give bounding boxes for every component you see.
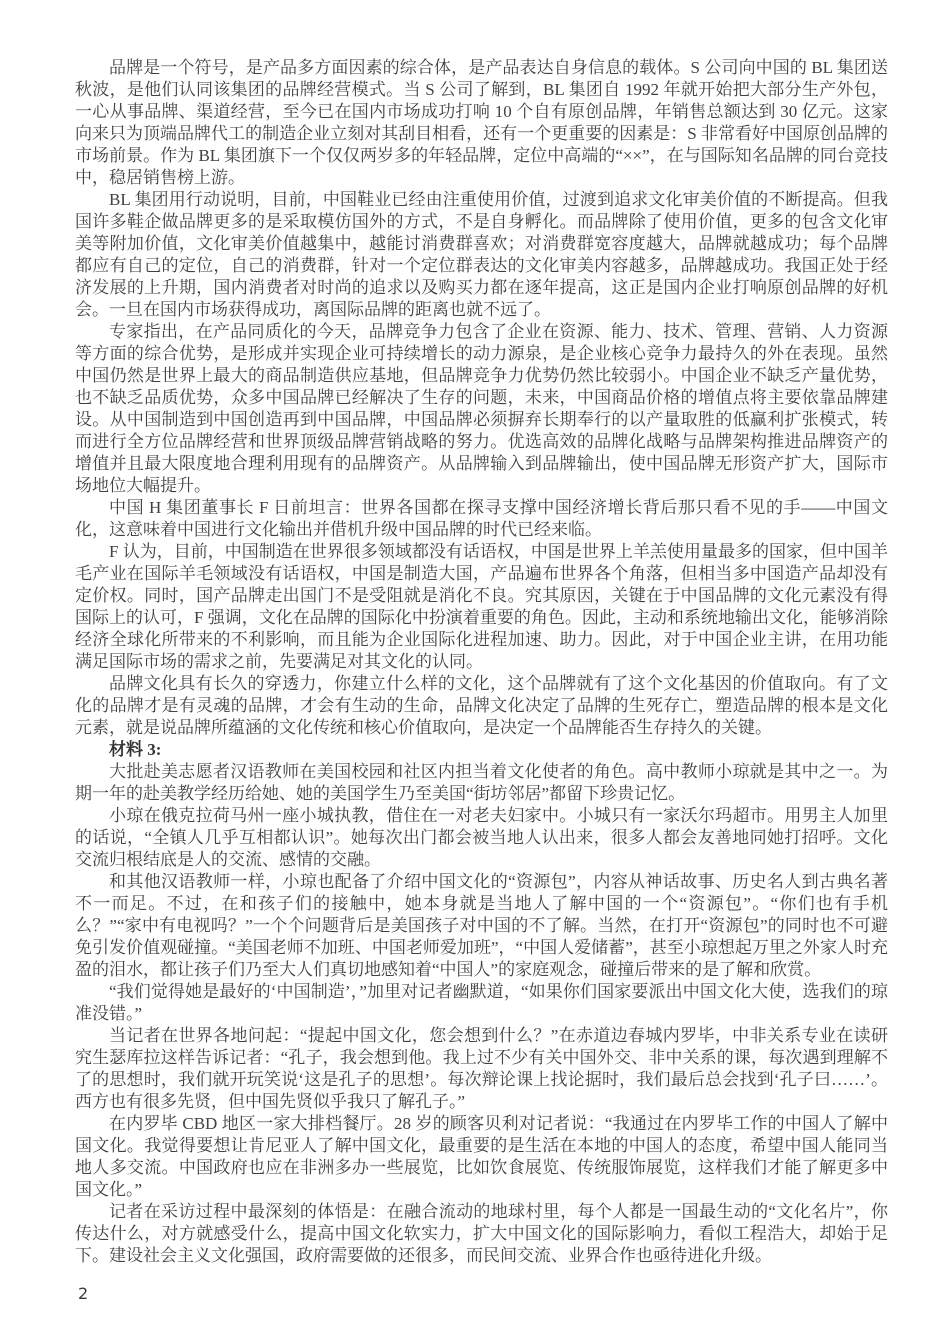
paragraph-brand-culture: 品牌文化具有长久的穿透力，你建立什么样的文化，这个品牌就有了这个文化基因的价值取… <box>75 673 888 739</box>
paragraph-f-opinion: F 认为，目前，中国制造在世界很多领域都没有话语权，中国是世界上羊羔使用量最多的… <box>75 541 888 673</box>
page-number: 2 <box>78 1284 88 1303</box>
material-3-heading: 材料 3: <box>75 739 888 761</box>
paragraph-expert-opinion: 专家指出，在产品同质化的今天，品牌竞争力包含了企业在资源、能力、技术、管理、营销… <box>75 321 888 497</box>
paragraph-xiaoqiong-oklahoma: 小琼在俄克拉荷马州一座小城执教，借住在一对老夫妇家中。小城只有一家沃尔玛超市。用… <box>75 805 888 871</box>
paragraph-bl-group-action: BL 集团用行动说明，目前，中国鞋业已经由注重使用价值，过渡到追求文化审美价值的… <box>75 189 888 321</box>
paragraph-nairobi-cbd-restaurant: 在内罗毕 CBD 地区一家大排档餐厅。28 岁的顾客贝利对记者说：“我通过在内罗… <box>75 1113 888 1201</box>
paragraph-h-group-chairman: 中国 H 集团董事长 F 日前坦言：世界各国都在探寻支撑中国经济增长背后那只看不… <box>75 497 888 541</box>
paragraph-nairobi-student: 当记者在世界各地问起：“提起中国文化，您会想到什么？”在赤道边春城内罗毕，中非关… <box>75 1025 888 1113</box>
paragraph-brand-symbol: 品牌是一个符号，是产品多方面因素的综合体，是产品表达自身信息的载体。S 公司向中… <box>75 57 888 189</box>
document-body: 品牌是一个符号，是产品多方面因素的综合体，是产品表达自身信息的载体。S 公司向中… <box>75 57 888 1267</box>
paragraph-resource-pack: 和其他汉语教师一样，小琼也配备了介绍中国文化的“资源包”，内容从神话故事、历史名… <box>75 871 888 981</box>
paragraph-gary-quote: “我们觉得她是最好的‘中国制造’，”加里对记者幽默道，“如果你们国家要派出中国文… <box>75 981 888 1025</box>
paragraph-reporter-reflection: 记者在采访过程中最深刻的体悟是：在融合流动的地球村里，每个人都是一国最生动的“文… <box>75 1201 888 1267</box>
paragraph-volunteer-teachers: 大批赴美志愿者汉语教师在美国校园和社区内担当着文化使者的角色。高中教师小琼就是其… <box>75 761 888 805</box>
